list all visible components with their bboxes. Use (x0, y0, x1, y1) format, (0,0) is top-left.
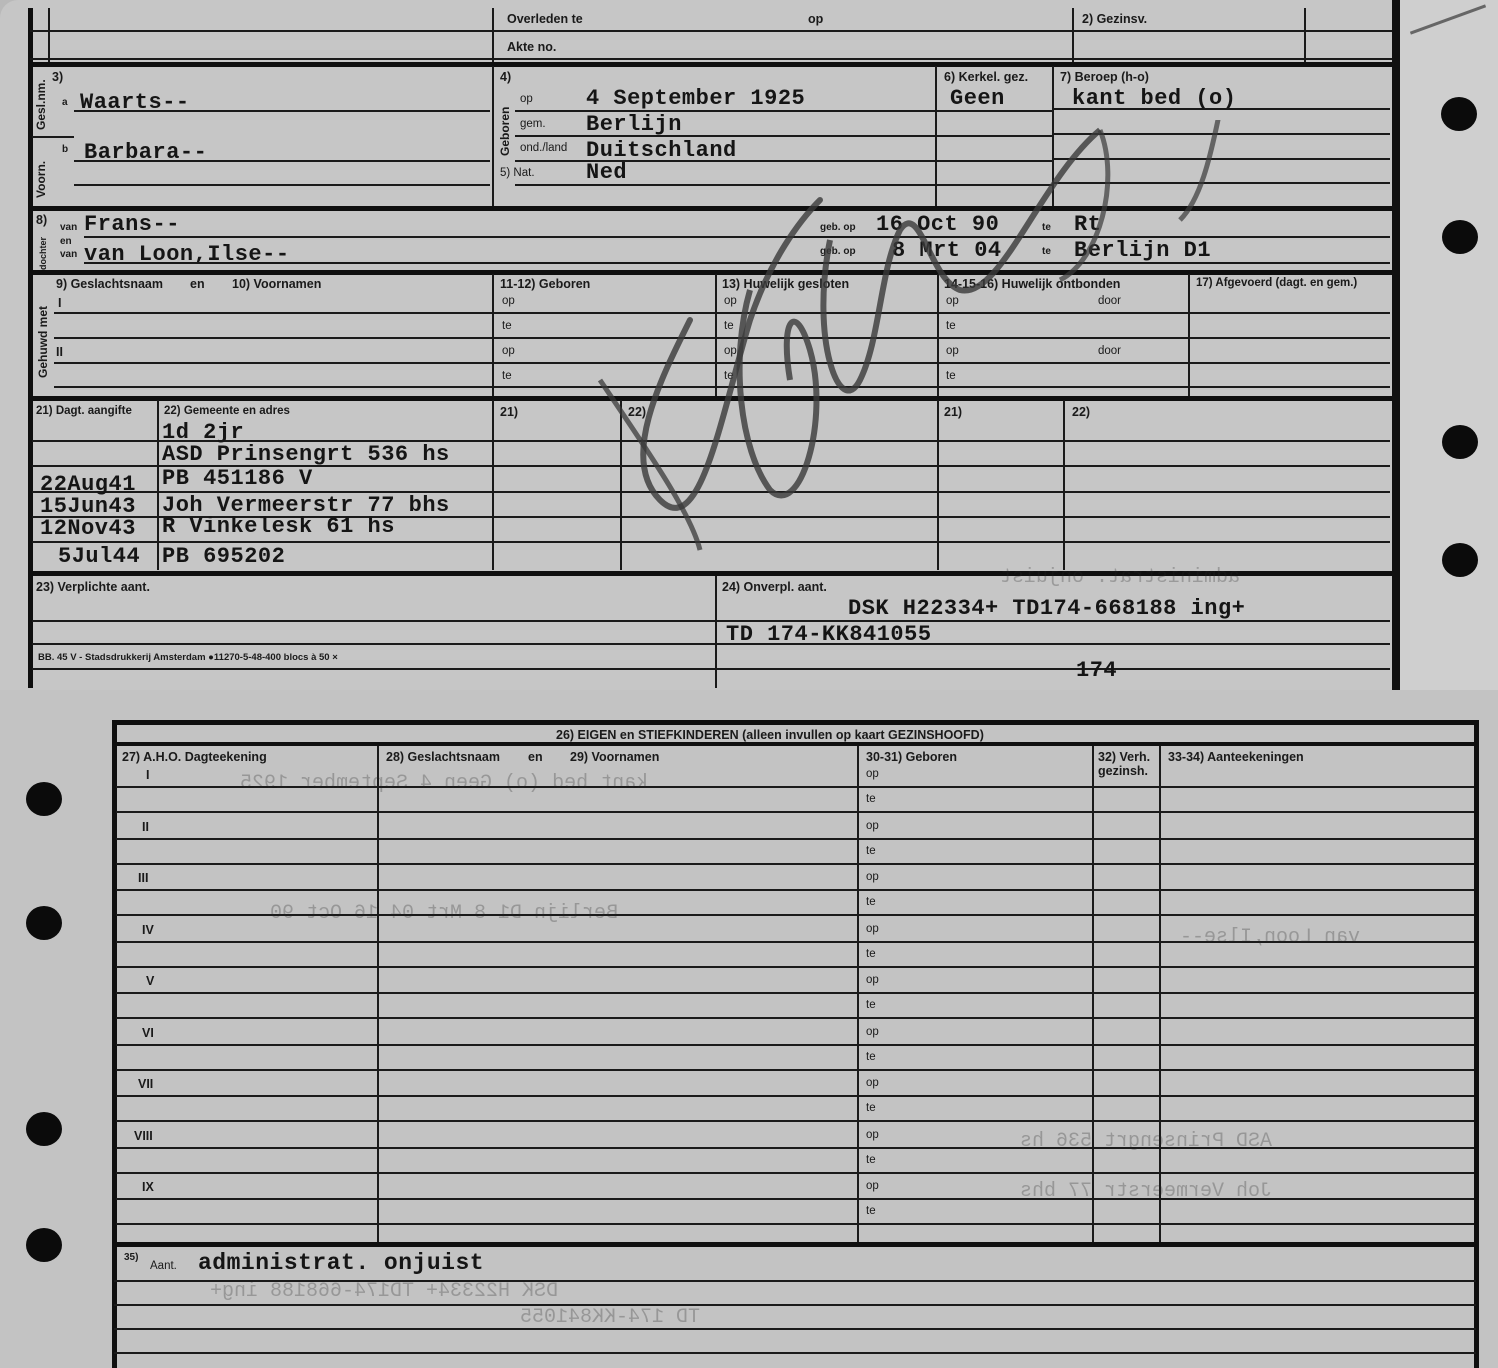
optional-remarks-line-1: DSK H22334+ TD174-668188 ing+ (848, 596, 1245, 621)
column-divider (937, 274, 939, 398)
mother-birth-date: 8 Mrt 04 (892, 238, 1002, 263)
header-rule (30, 30, 1392, 32)
aant-section-number: 35) (124, 1252, 138, 1263)
remarks-line (32, 643, 1390, 645)
punch-hole (26, 906, 62, 940)
child-row-line (116, 1120, 1474, 1122)
child-row-number: V (146, 974, 154, 988)
child-born-te-label: te (866, 896, 876, 908)
overleden-op-label: op (808, 12, 823, 26)
child-born-op-label: op (866, 1077, 879, 1089)
address-label: 22) Gemeente en adres (164, 405, 290, 417)
marriage-line (54, 337, 1390, 339)
dissolved-door-2: door (1098, 345, 1121, 357)
birth-land-label: ond./land (520, 142, 567, 154)
church-line (937, 110, 1053, 112)
section-rule (114, 1242, 1476, 1247)
father-van-label: van (60, 222, 77, 233)
column-divider (1063, 400, 1065, 570)
child-verh-label: 32) Verh. gezinsh. (1098, 750, 1158, 778)
nationality-label: 5) Nat. (500, 167, 535, 179)
parents-section-number: 8) (36, 213, 47, 227)
father-geb-op-label: geb. op (820, 222, 856, 233)
birth-place-value: Berlijn (586, 112, 682, 137)
aant-value: administrat. onjuist (198, 1250, 484, 1276)
church-line (937, 184, 1053, 186)
section-rule (114, 742, 1476, 746)
child-surname-label: 28) Geslachtsnaam (386, 750, 500, 764)
bleed-through-text: kant bed (o) Geen 4 September 1925 (240, 772, 648, 795)
bleed-through-text: ASD Prinsengrt 536 hs (1020, 1130, 1272, 1153)
parents-en-label: en (60, 236, 72, 247)
name-line (74, 110, 490, 112)
gezinsv-label: 2) Gezinsv. (1082, 12, 1147, 26)
daughter-side-label: dochter (38, 237, 48, 270)
registration-card-back: 26) EIGEN en STIEFKINDEREN (alleen invul… (0, 690, 1498, 1368)
birth-line (515, 160, 935, 162)
child-born-op-label: op (866, 974, 879, 986)
mother-te-label: te (1042, 246, 1051, 257)
church-value: Geen (950, 86, 1005, 111)
marriage-line (54, 386, 1390, 388)
child-born-op-label: op (866, 871, 879, 883)
column-divider (620, 400, 622, 570)
spouse-born-te-1: te (502, 320, 512, 332)
column-divider (1092, 746, 1094, 1242)
b-label: b (62, 144, 68, 155)
child-born-te-label: te (866, 999, 876, 1011)
spouse-born-op-2: op (502, 345, 515, 357)
optional-remarks-line-3: 174 (1076, 658, 1117, 683)
handwritten-signature (580, 120, 1260, 560)
child-notes-label: 33-34) Aanteekeningen (1168, 750, 1304, 764)
nationality-value: Ned (586, 160, 627, 185)
child-born-te-label: te (866, 1154, 876, 1166)
spouse-born-op-1: op (502, 295, 515, 307)
bleed-through-text: Joh Vermeerstr 77 bhs (1020, 1180, 1272, 1203)
marriage-en-label: en (190, 277, 205, 291)
column-divider (935, 66, 937, 208)
father-te-label: te (1042, 222, 1051, 233)
given-names-side-label: Voorn. (34, 161, 48, 198)
punch-hole (26, 1112, 62, 1146)
header-rule (30, 58, 1392, 60)
mandatory-remarks-label: 23) Verplichte aant. (36, 580, 150, 594)
closed-te-2: te (724, 370, 734, 382)
child-born-te-label: te (866, 1102, 876, 1114)
birth-line (515, 135, 935, 137)
bleed-through-text: Berlijn D1 8 Mrt 04 16 Oct 90 (270, 902, 618, 925)
optional-remarks-line-2: TD 174-KK841055 (726, 622, 932, 647)
father-birth-date: 16 Oct 90 (876, 212, 999, 237)
aant-line (114, 1352, 1476, 1354)
dissolved-op-2: op (946, 345, 959, 357)
marriage-surname-label: 9) Geslachtsnaam (56, 277, 163, 291)
name-line (74, 184, 490, 186)
dissolved-op-1: op (946, 295, 959, 307)
surname-side-label: Gesl.nm. (34, 79, 48, 130)
birth-date-value: 4 September 1925 (586, 86, 805, 111)
akte-label: Akte no. (507, 40, 556, 54)
child-born-te-label: te (866, 793, 876, 805)
child-born-op-label: op (866, 1026, 879, 1038)
child-row-line (116, 811, 1474, 813)
column-divider (937, 400, 939, 570)
column-divider (1159, 746, 1161, 1242)
section-rule (30, 396, 1392, 401)
profession-line (1054, 133, 1390, 135)
child-row-line (116, 1044, 1474, 1046)
section-rule (30, 206, 1392, 211)
mother-birth-place: Berlijn D1 (1074, 238, 1211, 263)
child-born-op-label: op (866, 768, 879, 780)
closed-op-1: op (724, 295, 737, 307)
bleed-through-text: van Loon,Ilse-- (1180, 926, 1360, 949)
profession-line (1054, 182, 1390, 184)
name-section-number: 3) (52, 70, 63, 84)
birth-op-label: op (520, 93, 533, 105)
a-label: a (62, 97, 68, 108)
birth-gem-label: gem. (520, 118, 546, 130)
child-row-number: III (138, 871, 148, 885)
punch-hole (1441, 97, 1477, 131)
column-divider (492, 274, 494, 398)
child-row-line (116, 1095, 1474, 1097)
child-row-number: II (142, 820, 149, 834)
church-label: 6) Kerkel. gez. (944, 70, 1028, 84)
child-row-number: IX (142, 1180, 154, 1194)
church-line (937, 135, 1053, 137)
address-date: 5Jul44 (58, 544, 140, 569)
column-divider (1052, 66, 1054, 208)
profession-line (1054, 158, 1390, 160)
printer-imprint: BB. 45 V - Stadsdrukkerij Amsterdam ●112… (38, 652, 338, 663)
punch-hole (1442, 425, 1478, 459)
parents-line (84, 262, 1390, 264)
punch-hole (26, 1228, 62, 1262)
child-row-number: VIII (134, 1129, 153, 1143)
punch-hole (1442, 220, 1478, 254)
child-row-number: VI (142, 1026, 154, 1040)
child-voornamen-label: 29) Voornamen (570, 750, 659, 764)
father-birth-place: Rt (1074, 212, 1101, 237)
child-en-label: en (528, 750, 543, 764)
profession-label: 7) Beroep (h-o) (1060, 70, 1149, 84)
name-line (74, 160, 490, 162)
address-value: R Vinkelesk 61 hs (162, 514, 395, 539)
child-born-op-label: op (866, 923, 879, 935)
column-divider (492, 400, 494, 570)
married-side-label: Gehuwd met (36, 306, 50, 378)
child-row-line (116, 1069, 1474, 1071)
marriage-line (54, 362, 1390, 364)
registration-card-front: Overleden te op Akte no. 2) Gezinsv. 3) … (0, 0, 1498, 690)
address-date-label-3: 21) (944, 405, 962, 419)
bleed-through-text: DSK H22334+ TD174-668188 ing+ (210, 1280, 558, 1303)
aant-line (114, 1304, 1476, 1306)
child-born-te-label: te (866, 1051, 876, 1063)
child-row-number: VII (138, 1077, 153, 1091)
frame-right-border (1474, 720, 1479, 1368)
column-divider (492, 66, 494, 208)
birth-side-label: Geboren (498, 107, 512, 156)
child-row-number: I (146, 768, 149, 782)
child-born-te-label: te (866, 1205, 876, 1217)
closed-te-1: te (724, 320, 734, 332)
bleed-through-text: TD 174-KK841055 (520, 1306, 700, 1329)
child-born-te-label: te (866, 845, 876, 857)
child-row-line (116, 889, 1474, 891)
address-date-label: 21) Dagt. aangifte (36, 405, 132, 417)
birth-section-number: 4) (500, 70, 511, 84)
child-row-number: IV (142, 923, 154, 937)
church-line (937, 160, 1053, 162)
child-row-line (116, 1223, 1474, 1225)
address-date: 12Nov43 (40, 516, 136, 541)
marriage-line (54, 312, 1390, 314)
column-divider (377, 746, 379, 1242)
bleed-through-text: administrat. onjuist (1000, 566, 1240, 589)
address-label-3: 22) (1072, 405, 1090, 419)
child-row-line (116, 863, 1474, 865)
remarks-line (32, 668, 1390, 670)
dissolved-te-2: te (946, 370, 956, 382)
child-row-line (116, 1017, 1474, 1019)
parents-line (84, 236, 1390, 238)
address-label-2: 22) (628, 405, 646, 419)
children-section-title: 26) EIGEN en STIEFKINDEREN (alleen invul… (556, 728, 984, 742)
address-value: PB 695202 (162, 544, 285, 569)
column-divider (715, 576, 717, 688)
profession-line (1054, 108, 1390, 110)
spouse-born-te-2: te (502, 370, 512, 382)
column-divider (715, 274, 717, 398)
section-rule (30, 62, 1392, 67)
optional-remarks-label: 24) Onverpl. aant. (722, 580, 827, 594)
child-row-line (116, 966, 1474, 968)
deported-label: 17) Afgevoerd (dagt. en gem.) (1196, 277, 1357, 289)
address-date-label-2: 21) (500, 405, 518, 419)
aant-label: Aant. (150, 1260, 177, 1272)
aant-line (114, 1328, 1476, 1330)
mother-geb-op-label: geb. op (820, 246, 856, 257)
child-born-te-label: te (866, 948, 876, 960)
address-value: ASD Prinsengrt 536 hs (162, 442, 450, 467)
column-divider (1188, 274, 1190, 398)
dissolved-te-1: te (946, 320, 956, 332)
overleden-label: Overleden te (507, 12, 583, 26)
aant-line (114, 1280, 1476, 1282)
father-name-value: Frans-- (84, 212, 180, 237)
child-born-op-label: op (866, 820, 879, 832)
name-divider (32, 136, 74, 138)
child-row-line (116, 1172, 1474, 1174)
dissolved-door-1: door (1098, 295, 1121, 307)
child-row-line (116, 992, 1474, 994)
child-born-label: 30-31) Geboren (866, 750, 957, 764)
punch-hole (1442, 543, 1478, 577)
child-date-label: 27) A.H.O. Dagteekening (122, 750, 267, 764)
birth-line (515, 110, 935, 112)
column-divider (157, 400, 159, 570)
child-born-op-label: op (866, 1180, 879, 1192)
frame-left-border (28, 8, 33, 688)
spouse-born-label: 11-12) Geboren (500, 277, 590, 291)
address-line (32, 541, 1390, 543)
mother-van-label: van (60, 249, 77, 260)
punch-hole (26, 782, 62, 816)
birth-line (515, 184, 935, 186)
child-row-line (116, 838, 1474, 840)
marriage-dissolved-label: 14-15-16) Huwelijk ontbonden (944, 277, 1120, 291)
closed-op-2: op (724, 345, 737, 357)
column-divider (857, 746, 859, 1242)
marriage-voornamen-label: 10) Voornamen (232, 277, 321, 291)
marriage-row-1-label: I (58, 296, 61, 310)
child-born-op-label: op (866, 1129, 879, 1141)
section-rule (112, 720, 1478, 725)
marriage-row-2-label: II (56, 345, 63, 359)
address-value: PB 451186 V (162, 466, 313, 491)
marriage-closed-label: 13) Huwelijk gesloten (722, 277, 849, 291)
